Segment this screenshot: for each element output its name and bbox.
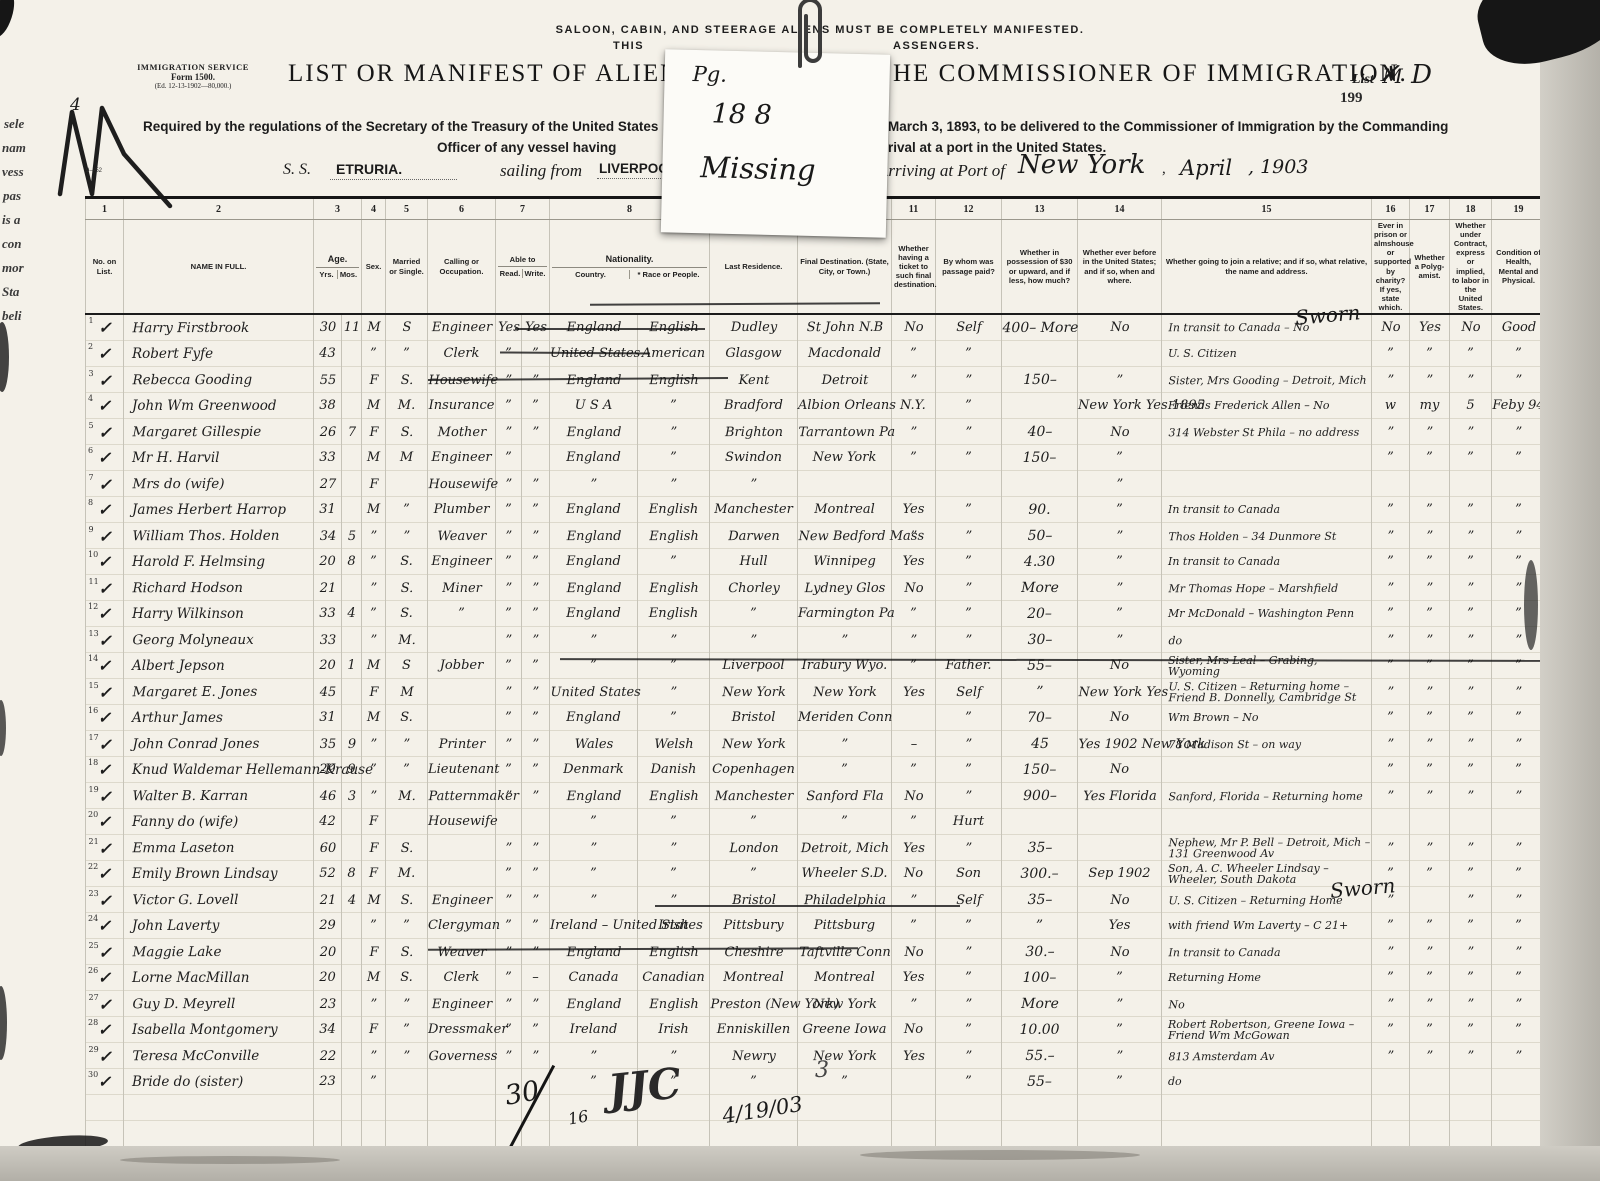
cell-read: ”: [496, 653, 522, 679]
cell-read: ”: [496, 965, 522, 991]
cell-tkt: No: [891, 783, 935, 809]
col-num: 7: [496, 198, 550, 220]
check-mark-icon: ✓: [98, 630, 111, 649]
cell-c17: ”: [1410, 705, 1450, 731]
cell-occ: Plumber: [428, 497, 496, 523]
cell-race: Welsh: [637, 730, 709, 756]
cell-country: ”: [550, 809, 638, 835]
cell-money: 20–: [1002, 601, 1078, 627]
cell-mos: [342, 809, 362, 835]
cell-name: Bride do (sister): [124, 1069, 314, 1095]
list-designation: List M✗ D: [1352, 60, 1432, 90]
header-money: Whether in possession of $30 or upward, …: [1002, 220, 1078, 315]
banner-line2-left: THIS: [613, 40, 644, 52]
cell-money: 100–: [1002, 965, 1078, 991]
row-number: 19: [88, 784, 98, 793]
cell-mos: 7: [341, 419, 361, 445]
cell-tkt: [891, 471, 935, 497]
cell-c19: ”: [1491, 991, 1545, 1017]
cell-sex: ”: [361, 783, 385, 809]
cell-rel: Wm Brown – No: [1162, 705, 1372, 731]
cell-country: England: [549, 522, 637, 548]
cell-res: New York: [709, 678, 797, 704]
cell-c16: ”: [1371, 523, 1409, 549]
cell-mar: ”: [385, 1043, 427, 1069]
cell-sex: F: [361, 679, 385, 705]
cell-mar: S.: [386, 965, 428, 991]
cell-before: ”: [1077, 470, 1161, 496]
row-number: 9: [88, 524, 93, 533]
col-num: 12: [936, 198, 1002, 220]
col-num: 17: [1410, 198, 1450, 220]
cell-rel: 813 Amsterdam Av: [1161, 1042, 1371, 1069]
cell-money: 35–: [1001, 886, 1077, 912]
manifest-row: 24✓John Laverty29””Clergyman””Ireland – …: [86, 913, 1594, 939]
cell-dest: Philadelphia: [797, 886, 891, 912]
cell-dest: New York: [797, 990, 891, 1016]
cell-rel: [1161, 470, 1371, 497]
cell-sex: F: [361, 939, 385, 965]
header-race: * Race or People.: [629, 270, 707, 279]
cell-res: Bristol: [709, 886, 797, 912]
edge-fragment: beli: [2, 308, 22, 324]
cell-no: 6✓: [86, 445, 124, 471]
cell-write: ”: [522, 705, 550, 731]
cell-no: 21✓: [85, 835, 123, 861]
cell-sex: F: [362, 1017, 386, 1043]
cell-mar: ”: [385, 731, 427, 757]
cell-dest: St John N.B: [797, 314, 891, 341]
cell-money: More: [1001, 990, 1077, 1016]
cell-yrs: 35: [313, 731, 341, 757]
cell-tkt: ”: [891, 419, 935, 445]
cell-c17: ”: [1409, 419, 1449, 445]
cell-race: Canadian: [638, 965, 710, 991]
cell-write: ”: [521, 523, 549, 549]
cell-occ: Patternmaker: [427, 783, 495, 809]
check-mark-icon: ✓: [98, 1072, 111, 1091]
row-number: 2: [88, 342, 93, 351]
list-value: D: [1411, 60, 1432, 90]
edge-fragment: mor: [2, 260, 24, 276]
cell-c17: ”: [1410, 757, 1450, 783]
cell-money: 55–: [1002, 653, 1078, 679]
cell-race: ”: [638, 549, 710, 575]
cell-c19: ”: [1491, 679, 1545, 705]
cell-write: ”: [522, 601, 550, 627]
cell-read: ”: [495, 523, 521, 549]
cell-mos: 4: [342, 601, 362, 627]
inspector-monogram: JJC: [606, 1058, 684, 1114]
cell-before: ”: [1077, 990, 1161, 1016]
cell-tkt: ”: [892, 757, 936, 783]
cell-tkt: ”: [892, 445, 936, 471]
list-number: 199: [1340, 90, 1363, 107]
cell-c19: ”: [1492, 497, 1546, 523]
cell-c18: [1450, 809, 1492, 835]
cell-name: Fanny do (wife): [124, 809, 314, 835]
cell-sex: ”: [361, 523, 385, 549]
cell-c19: ”: [1491, 939, 1545, 965]
cell-c18: ”: [1449, 835, 1491, 861]
check-mark-icon: ✓: [98, 318, 111, 337]
cell-c17: ”: [1409, 835, 1449, 861]
cell-race: English: [637, 366, 709, 392]
row-number: 18: [88, 758, 98, 767]
cell-before: ”: [1078, 497, 1162, 523]
row-number: 21: [88, 836, 98, 845]
cell-money: [1002, 341, 1078, 367]
manifest-row: 27✓Guy D. Meyrell23””Engineer””EnglandEn…: [86, 991, 1594, 1017]
cell-occ: Clerk: [428, 965, 496, 991]
cell-paid: ”: [936, 497, 1002, 523]
check-mark-icon: ✓: [98, 1020, 111, 1039]
cell-read: ”: [495, 471, 521, 497]
cell-before: ”: [1078, 601, 1162, 627]
cell-country: Canada: [550, 965, 638, 991]
cell-mos: [342, 1017, 362, 1043]
scanned-manifest-page: sele nam vess pas is a con mor Sta beli …: [0, 0, 1600, 1181]
cell-c16: ”: [1372, 653, 1410, 679]
cell-c18: ”: [1449, 1043, 1491, 1069]
cell-mos: [341, 575, 361, 601]
cell-c17: ”: [1410, 1017, 1450, 1043]
cell-c19: ”: [1491, 1043, 1545, 1069]
cell-write: ”: [522, 1017, 550, 1043]
check-mark-icon: ✓: [98, 1046, 111, 1065]
cell-occ: [428, 1069, 496, 1095]
cell-rel: In transit to Canada: [1162, 497, 1372, 523]
cell-c17: ”: [1409, 731, 1449, 757]
cell-mar: ”: [386, 497, 428, 523]
cell-c19: ”: [1491, 523, 1545, 549]
manifest-row: 26✓Lorne MacMillan20MS.Clerk”–CanadaCana…: [86, 965, 1594, 991]
regulation-text-2-left: Officer of any vessel having: [437, 140, 616, 155]
cell-name: Georg Molyneaux: [123, 626, 313, 652]
header-age: Age. Yrs.Mos.: [314, 220, 362, 315]
cell-money: [1002, 393, 1078, 419]
check-mark-icon: ✓: [98, 760, 111, 779]
cell-paid: ”: [935, 1043, 1001, 1069]
row-number: 5: [88, 420, 93, 429]
cell-yrs: 22: [313, 1043, 341, 1069]
cell-c18: ”: [1449, 627, 1491, 653]
list-label: List: [1352, 72, 1374, 87]
smudge: [120, 1156, 340, 1164]
row-number: 11: [88, 576, 98, 585]
cell-tkt: Yes: [891, 1043, 935, 1069]
cell-money: ”: [1002, 913, 1078, 939]
cell-mar: M.: [386, 393, 428, 419]
cell-tkt: ”: [891, 991, 935, 1017]
cell-yrs: 52: [314, 861, 342, 887]
cell-paid: ”: [935, 991, 1001, 1017]
cell-money: More: [1001, 574, 1077, 600]
cell-res: London: [709, 834, 797, 860]
cell-mar: ”: [386, 341, 428, 367]
row-number: 1: [88, 316, 93, 325]
cell-name: Teresa McConville: [123, 1042, 313, 1068]
cell-before: ”: [1078, 1069, 1162, 1095]
cell-mar: S.: [385, 367, 427, 393]
cell-money: 4.30: [1002, 549, 1078, 575]
cell-read: ”: [495, 627, 521, 653]
cell-c17: ”: [1410, 965, 1450, 991]
cell-occ: Engineer: [428, 549, 496, 575]
adjacent-page-edge: sele nam vess pas is a con mor Sta beli: [0, 96, 30, 456]
cell-paid: ”: [935, 627, 1001, 653]
cell-mos: 1: [342, 653, 362, 679]
cell-paid: ”: [935, 731, 1001, 757]
cell-c16: ”: [1371, 731, 1409, 757]
cell-tkt: –: [891, 731, 935, 757]
cell-res: Swindon: [710, 445, 798, 471]
cell-money: 45: [1001, 730, 1077, 756]
cell-race: ”: [637, 418, 709, 444]
check-mark-icon: ✓: [98, 942, 111, 961]
cell-write: ”: [522, 757, 550, 783]
cell-dest: New York: [798, 445, 892, 471]
cell-sex: ”: [361, 575, 385, 601]
cell-before: No: [1078, 653, 1162, 679]
cell-write: ”: [522, 913, 550, 939]
cell-read: ”: [496, 705, 522, 731]
cell-no: 19✓: [85, 783, 123, 809]
header-prison: Ever in prison or almshouse or supported…: [1372, 220, 1410, 315]
cell-paid: ”: [936, 913, 1002, 939]
cell-c16: ”: [1371, 419, 1409, 445]
cell-mar: M: [385, 679, 427, 705]
cell-res: New York: [709, 730, 797, 756]
cell-rel: [1162, 445, 1372, 471]
cell-yrs: 46: [313, 783, 341, 809]
cell-no: 2✓: [86, 341, 124, 367]
cell-c18: ”: [1449, 523, 1491, 549]
header-sex: Sex.: [362, 220, 386, 315]
cell-no: 5✓: [85, 419, 123, 445]
cell-rel: Sister, Mrs Gooding – Detroit, Mich: [1161, 366, 1371, 393]
cell-tkt: Yes: [891, 679, 935, 705]
cell-rel: 314 Webster St Phila – no address: [1161, 418, 1371, 445]
manifest-row: 21✓Emma Laseton60FS.””””LondonDetroit, M…: [86, 835, 1594, 861]
cell-country: ”: [549, 834, 637, 860]
row-number: 30: [88, 1070, 98, 1079]
check-mark-icon: ✓: [98, 812, 111, 831]
cell-c18: ”: [1450, 757, 1492, 783]
edge-fragment: nam: [2, 140, 26, 156]
cell-write: [522, 809, 550, 835]
cell-sex: ”: [361, 991, 385, 1017]
cell-c16: [1372, 809, 1410, 835]
cell-read: ”: [495, 991, 521, 1017]
manifest-row: 15✓Margaret E. Jones45FM””United States”…: [86, 679, 1594, 705]
cell-c18: ”: [1449, 939, 1491, 965]
cell-c19: ”: [1492, 1017, 1546, 1043]
cell-dest: Farmington Pa: [798, 601, 892, 627]
manifest-row: 25✓Maggie Lake20FS.Weaver””EnglandEnglis…: [86, 939, 1594, 965]
cell-tkt: [892, 705, 936, 731]
cell-c16: [1372, 1069, 1410, 1095]
cell-read: ”: [495, 939, 521, 965]
cell-mos: [341, 627, 361, 653]
cell-res: Newry: [709, 1042, 797, 1068]
cell-write: ”: [522, 393, 550, 419]
cell-name: Margaret E. Jones: [123, 678, 313, 704]
row-number: 3: [88, 368, 93, 377]
cell-rel: do: [1161, 626, 1371, 653]
cell-dest: Montreal: [798, 497, 892, 523]
cell-no: 24✓: [86, 913, 124, 939]
cell-name: Harold F. Helmsing: [124, 549, 314, 575]
cell-before: No: [1077, 314, 1161, 341]
check-mark-icon: ✓: [98, 474, 111, 493]
cell-money: 400– More: [1001, 314, 1077, 341]
cell-c19: ”: [1491, 367, 1545, 393]
cell-res: Darwen: [709, 522, 797, 548]
cell-res: Brighton: [709, 418, 797, 444]
cell-before: ”: [1077, 626, 1161, 652]
check-mark-icon: ✓: [98, 344, 111, 363]
check-mark-icon: ✓: [98, 682, 111, 701]
cell-before: New York Yes: [1077, 678, 1161, 704]
cell-c17: ”: [1409, 367, 1449, 393]
cell-country: Ireland: [550, 1017, 638, 1043]
cell-sex: ”: [362, 549, 386, 575]
cell-name: John Laverty: [124, 913, 314, 939]
cell-before: ”: [1077, 1042, 1161, 1068]
cell-read: ”: [495, 679, 521, 705]
cell-money: ”: [1001, 678, 1077, 704]
row-number: 29: [88, 1044, 98, 1053]
cell-occ: Miner: [427, 575, 495, 601]
cell-race: ”: [637, 470, 709, 496]
cell-res: ”: [710, 809, 798, 835]
manifest-row: 8✓James Herbert Harrop31M”Plumber””Engla…: [86, 497, 1594, 523]
cell-name: Mrs do (wife): [123, 470, 313, 496]
cell-occ: Housewife: [427, 471, 495, 497]
cell-occ: Engineer: [428, 445, 496, 471]
cell-yrs: 33: [313, 627, 341, 653]
cell-sex: F: [362, 809, 386, 835]
cell-c17: ”: [1409, 523, 1449, 549]
cell-mar: [385, 471, 427, 497]
cell-rel: Nephew, Mr P. Bell – Detroit, Mich – 131…: [1161, 834, 1371, 861]
cell-race: English: [637, 574, 709, 600]
cell-res: Dudley: [709, 314, 797, 341]
cell-c19: [1492, 1069, 1546, 1095]
cell-c19: ”: [1492, 861, 1546, 887]
cell-res: Bristol: [710, 705, 798, 731]
cell-before: ”: [1078, 965, 1162, 991]
manifest-row: 18✓Knud Waldemar Hellemann-Krause299””Li…: [86, 757, 1594, 783]
manifest-row: 5✓Margaret Gillespie267FS.Mother””Englan…: [86, 419, 1594, 445]
cell-c16: ”: [1371, 835, 1409, 861]
cell-c16: ”: [1372, 913, 1410, 939]
col-num: 13: [1002, 198, 1078, 220]
cell-race: ”: [638, 809, 710, 835]
cell-write: ”: [521, 419, 549, 445]
cell-write: ”: [521, 835, 549, 861]
cell-name: William Thos. Holden: [123, 522, 313, 548]
cell-paid: ”: [936, 445, 1002, 471]
check-mark-icon: ✓: [98, 838, 111, 857]
cell-res: ”: [709, 470, 797, 496]
cell-c17: ”: [1410, 601, 1450, 627]
ink-line: [655, 905, 960, 907]
cell-res: Enniskillen: [710, 1017, 798, 1043]
cell-before: No: [1077, 418, 1161, 444]
cell-country: ”: [549, 470, 637, 496]
manifest-row: 1✓Harry Firstbrook3011MSEngineerYesYesEn…: [86, 314, 1594, 341]
header-married: Married or Single.: [386, 220, 428, 315]
cell-occ: [427, 679, 495, 705]
cell-c18: ”: [1450, 601, 1492, 627]
cell-race: ”: [638, 705, 710, 731]
cross-out-mark: ✗: [1380, 62, 1398, 87]
cell-money: 55.–: [1001, 1042, 1077, 1068]
cell-res: ”: [710, 1069, 798, 1095]
edge-fragment: pas: [3, 188, 21, 204]
cell-before: ”: [1077, 574, 1161, 600]
check-mark-icon: ✓: [98, 890, 111, 909]
cell-mos: [341, 1043, 361, 1069]
cell-country: Wales: [549, 730, 637, 756]
cell-paid: Self: [935, 887, 1001, 913]
check-mark-icon: ✓: [98, 968, 111, 987]
cell-c18: ”: [1450, 549, 1492, 575]
cell-dest: [797, 470, 891, 496]
col-num: 5: [386, 198, 428, 220]
cell-write: ”: [521, 887, 549, 913]
cell-mar: ”: [385, 523, 427, 549]
cell-paid: ”: [936, 341, 1002, 367]
cell-mos: [341, 939, 361, 965]
cell-name: Emma Laseton: [123, 834, 313, 860]
cell-c17: ”: [1410, 653, 1450, 679]
cell-c18: ”: [1450, 341, 1492, 367]
cell-dest: Macdonald: [798, 341, 892, 367]
cell-c17: ”: [1410, 445, 1450, 471]
cell-no: 16✓: [86, 705, 124, 731]
cell-no: 8✓: [86, 497, 124, 523]
cell-c19: Feby 94: [1492, 393, 1546, 419]
cell-c19: ”: [1492, 913, 1546, 939]
cell-no: 15✓: [85, 679, 123, 705]
cell-rel: U. S. Citizen: [1162, 341, 1372, 367]
cell-paid: ”: [935, 419, 1001, 445]
cell-write: ”: [522, 861, 550, 887]
cell-mos: 9: [341, 731, 361, 757]
col-num: 6: [428, 198, 496, 220]
cell-paid: Father.: [936, 653, 1002, 679]
col-num: 3: [314, 198, 362, 220]
manifest-row: 28✓Isabella Montgomery34F”Dressmaker””Ir…: [86, 1017, 1594, 1043]
cell-c17: ”: [1409, 783, 1449, 809]
cell-rel: Thos Holden – 34 Dunmore St: [1161, 522, 1371, 549]
manifest-table: 1 2 3 4 5 6 7 8 9 10 11 12 13 14 15 16 1…: [85, 196, 1594, 1172]
row-number: 26: [88, 966, 98, 975]
empty-row: [86, 1121, 1594, 1147]
cell-dest: Montreal: [798, 965, 892, 991]
cell-read: ”: [495, 731, 521, 757]
cell-no: 30✓: [86, 1069, 124, 1095]
cell-c16: No: [1371, 314, 1409, 341]
check-mark-icon: ✓: [98, 396, 111, 415]
cell-name: Maggie Lake: [123, 938, 313, 964]
cell-tkt: No: [891, 314, 935, 341]
cell-res: Hull: [710, 549, 798, 575]
check-mark-icon: ✓: [98, 578, 111, 597]
